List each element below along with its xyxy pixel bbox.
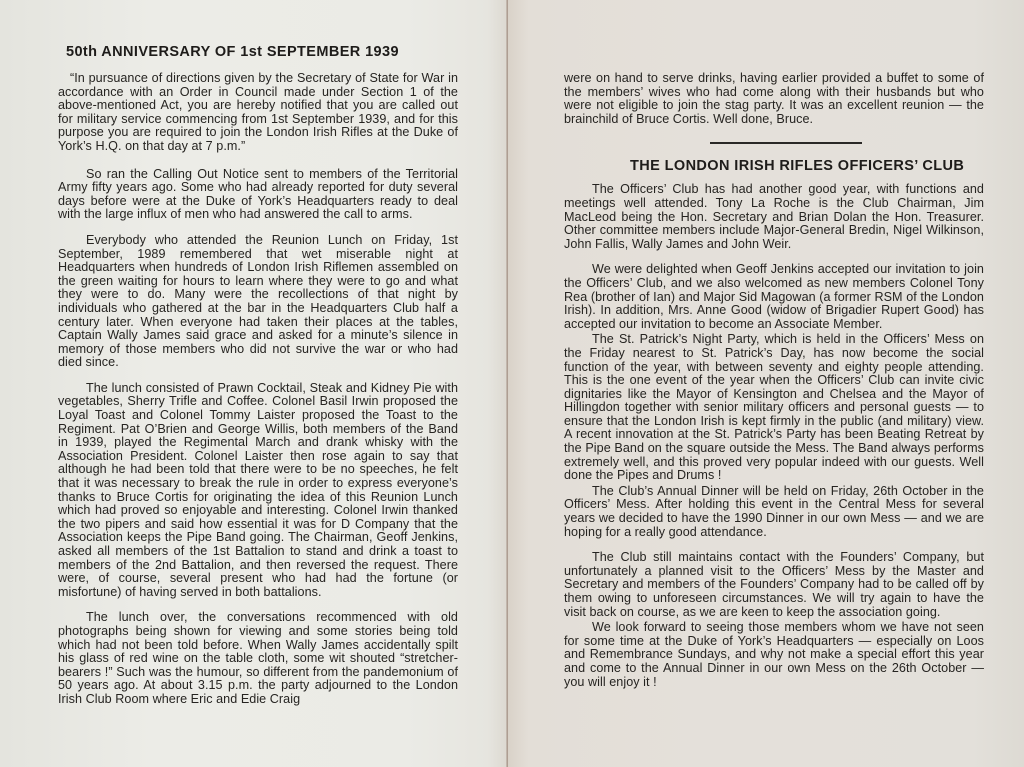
paragraph-annual-dinner: The Club’s Annual Dinner will be held on… — [564, 485, 984, 539]
paragraph-closing-invitation: We look forward to seeing those members … — [564, 621, 984, 689]
left-page: 50th ANNIVERSARY OF 1st SEPTEMBER 1939 “… — [0, 0, 508, 767]
paragraph-new-members: We were delighted when Geoff Jenkins acc… — [564, 263, 984, 331]
paragraph-reunion-lunch: Everybody who attended the Reunion Lunch… — [58, 234, 458, 370]
paragraph-st-patricks-party: The St. Patrick’s Night Party, which is … — [564, 333, 984, 483]
section-divider — [710, 142, 862, 144]
paragraph-club-committee: The Officers’ Club has had another good … — [564, 183, 984, 251]
paragraph-calling-out-notice: So ran the Calling Out Notice sent to me… — [58, 168, 458, 222]
right-page: were on hand to serve drinks, having ear… — [508, 0, 1024, 767]
anniversary-heading: 50th ANNIVERSARY OF 1st SEPTEMBER 1939 — [58, 44, 468, 60]
paragraph-after-lunch: The lunch over, the conversations recomm… — [58, 611, 458, 706]
paragraph-continuation: were on hand to serve drinks, having ear… — [564, 72, 984, 126]
paragraph-lunch-menu-toasts: The lunch consisted of Prawn Cocktail, S… — [58, 382, 458, 600]
paragraph-founders-company: The Club still maintains contact with th… — [564, 551, 984, 619]
booklet-spread: 50th ANNIVERSARY OF 1st SEPTEMBER 1939 “… — [0, 0, 1024, 767]
calling-out-notice-quote: “In pursuance of directions given by the… — [58, 72, 458, 154]
officers-club-heading: THE LONDON IRISH RIFLES OFFICERS’ CLUB — [564, 158, 984, 174]
